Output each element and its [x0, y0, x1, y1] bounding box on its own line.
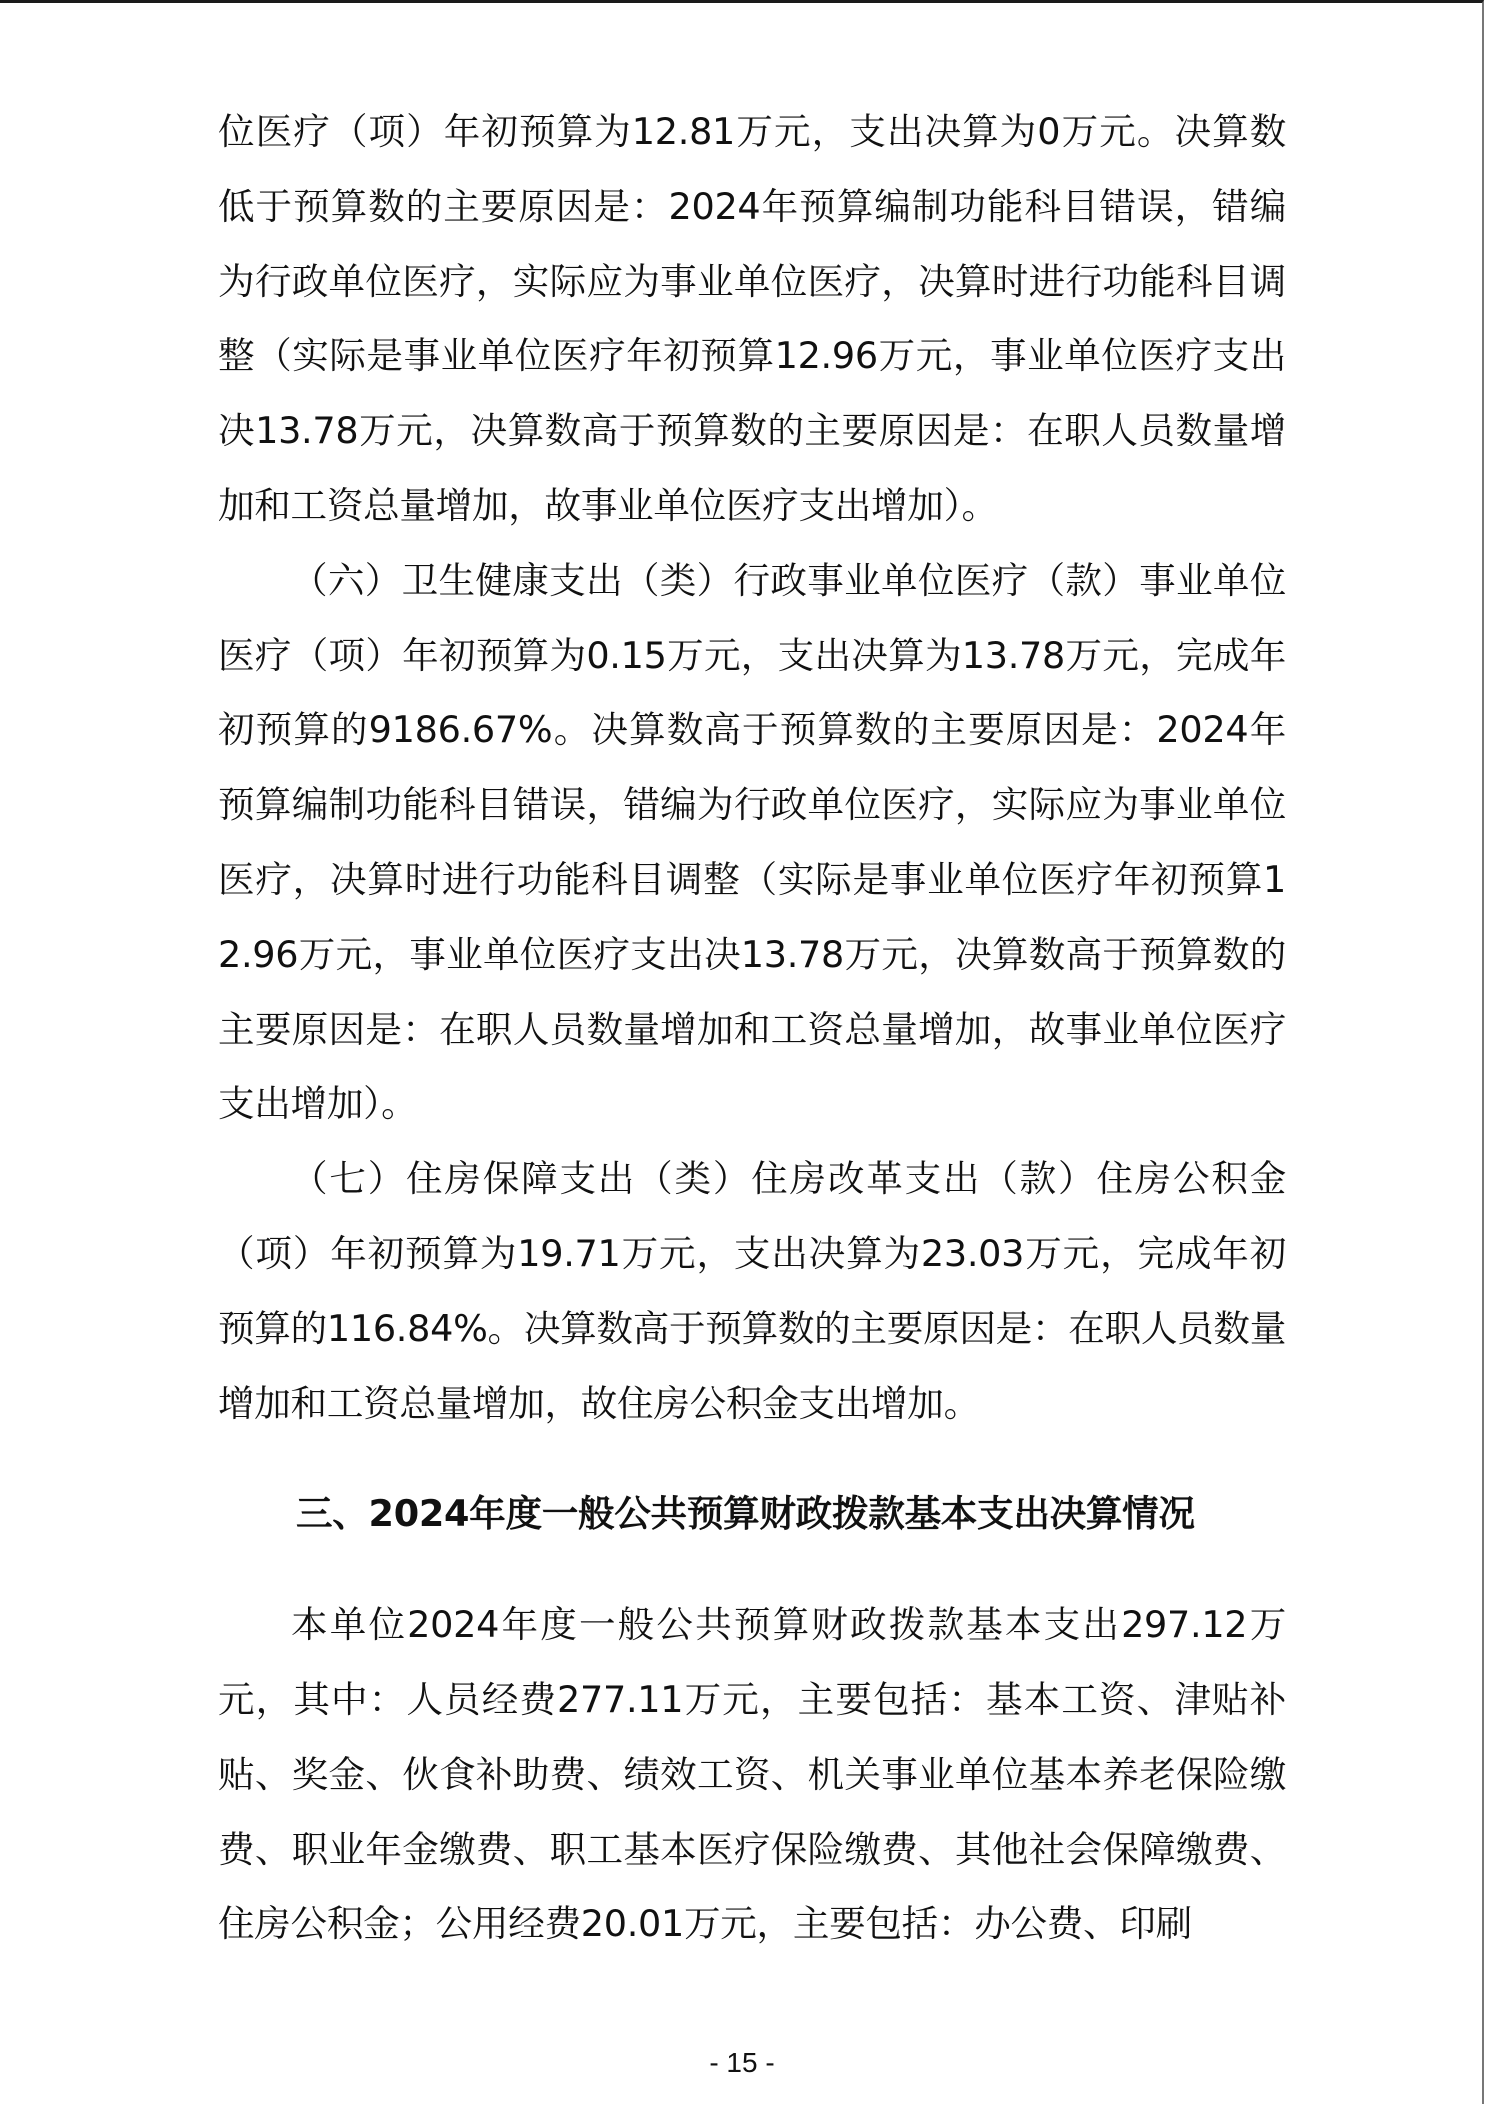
paragraph-item-6-medical-institution: （六）卫生健康支出（类）行政事业单位医疗（款）事业单位医疗（项）年初预算为0.1…	[218, 544, 1286, 1142]
document-page: 位医疗（项）年初预算为12.81万元，支出决算为0万元。决算数低于预算数的主要原…	[0, 0, 1484, 2104]
paragraph-medical-admin-unit: 位医疗（项）年初预算为12.81万元，支出决算为0万元。决算数低于预算数的主要原…	[218, 95, 1286, 544]
paragraph-basic-expenditure-summary: 本单位2024年度一般公共预算财政拨款基本支出297.12万元，其中：人员经费2…	[218, 1588, 1286, 1962]
paragraph-item-7-housing-fund: （七）住房保障支出（类）住房改革支出（款）住房公积金（项）年初预算为19.71万…	[218, 1142, 1286, 1441]
page-content: 位医疗（项）年初预算为12.81万元，支出决算为0万元。决算数低于预算数的主要原…	[218, 95, 1286, 1962]
page-number: - 15 -	[0, 2046, 1484, 2080]
section-heading-basic-expenditure: 三、2024年度一般公共预算财政拨款基本支出决算情况	[218, 1477, 1286, 1552]
